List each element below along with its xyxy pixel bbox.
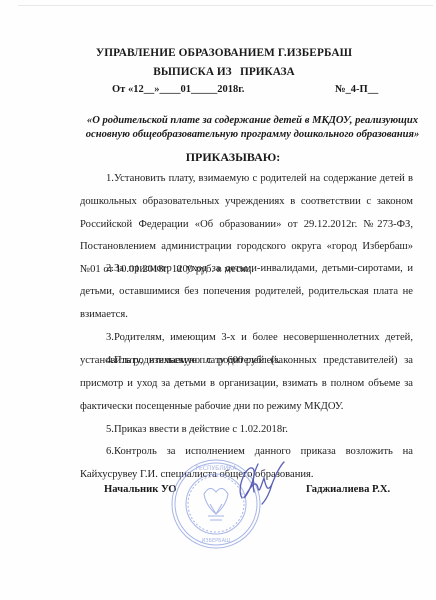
decree-heading: ПРИКАЗЫВАЮ:	[0, 150, 436, 165]
scan-edge-divider	[18, 5, 433, 6]
clause-2: 2.За присмотр и уход за детьми-инвалидам…	[80, 258, 413, 326]
clause-5: 5.Приказ ввести в действие с 1.02.2018г.	[80, 419, 413, 442]
document-page: УПРАВЛЕНИЕ ОБРАЗОВАНИЕМ Г.ИЗБЕРБАШ ВЫПИС…	[0, 0, 436, 600]
signer-title: Начальник УО	[104, 484, 176, 495]
order-subject: «О родительской плате за содержание дете…	[80, 114, 425, 142]
clause-4: 4.Плату, взимаемую с родителей (законных…	[80, 350, 413, 418]
order-number: №_4-П__	[335, 84, 378, 95]
handwritten-signature-icon	[228, 458, 290, 508]
document-type-heading: ВЫПИСКА ИЗ ПРИКАЗА	[0, 66, 436, 78]
order-date: От «12__»____01_____2018г.	[112, 84, 244, 95]
signer-name: Гаджиалиева Р.Х.	[306, 484, 390, 495]
organization-heading: УПРАВЛЕНИЕ ОБРАЗОВАНИЕМ Г.ИЗБЕРБАШ	[0, 47, 436, 59]
svg-text:ИЗБЕРБАШ: ИЗБЕРБАШ	[202, 538, 231, 544]
